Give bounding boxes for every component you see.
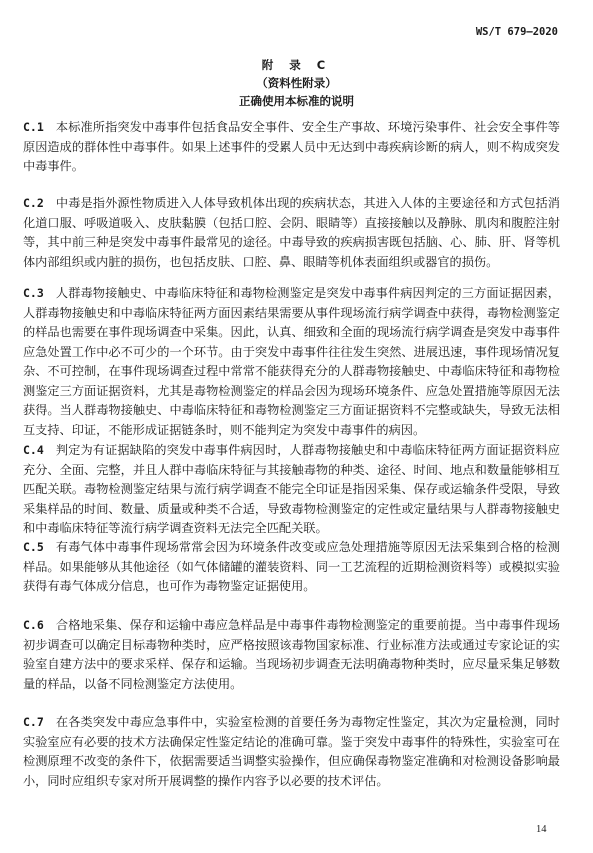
clause-text: 判定为有证据缺陷的突发中毒事件病因时，人群毒物接触史和中毒临床特征两方面证据资料… xyxy=(23,443,560,535)
clause-c4: C.4判定为有证据缺陷的突发中毒事件病因时，人群毒物接触史和中毒临床特征两方面证… xyxy=(23,441,560,539)
clause-number: C.4 xyxy=(23,443,44,457)
standard-code: WS/T 679—2020 xyxy=(476,26,558,38)
clause-text: 在各类突发中毒应急事件中，实验室检测的首要任务为毒物定性鉴定，其次为定量检测，同… xyxy=(23,715,560,788)
clause-number: C.5 xyxy=(23,540,44,554)
clause-c3: C.3人群毒物接触史、中毒临床特征和毒物检测鉴定是突发中毒事件病因判定的三方面证… xyxy=(23,284,560,440)
clause-c6: C.6合格地采集、保存和运输中毒应急样品是中毒事件毒物检测鉴定的重要前提。当中毒… xyxy=(23,616,560,694)
clause-text: 有毒气体中毒事件现场常常会因为环境条件改变或应急处理措施等原因无法采集到合格的检… xyxy=(23,540,560,593)
clause-text: 中毒是指外源性物质进入人体导致机体出现的疾病状态，其进入人体的主要途径和方式包括… xyxy=(23,196,560,269)
appendix-title: 附 录 C xyxy=(0,57,593,73)
clause-c1: C.1本标准所指突发中毒事件包括食品安全事件、安全生产事故、环境污染事件、社会安… xyxy=(23,118,560,177)
clause-number: C.1 xyxy=(23,120,44,134)
clause-number: C.2 xyxy=(23,196,44,210)
clause-number: C.7 xyxy=(23,715,44,729)
page-number: 14 xyxy=(536,824,547,835)
clause-text: 合格地采集、保存和运输中毒应急样品是中毒事件毒物检测鉴定的重要前提。当中毒事件现… xyxy=(23,618,560,691)
clause-number: C.6 xyxy=(23,618,44,632)
clause-c7: C.7在各类突发中毒应急事件中，实验室检测的首要任务为毒物定性鉴定，其次为定量检… xyxy=(23,713,560,791)
clause-number: C.3 xyxy=(23,286,44,300)
clause-text: 人群毒物接触史、中毒临床特征和毒物检测鉴定是突发中毒事件病因判定的三方面证据因素… xyxy=(23,286,560,437)
appendix-subtitle: （资料性附录） xyxy=(0,75,593,91)
clause-c5: C.5有毒气体中毒事件现场常常会因为环境条件改变或应急处理措施等原因无法采集到合… xyxy=(23,538,560,597)
clause-c2: C.2中毒是指外源性物质进入人体导致机体出现的疾病状态，其进入人体的主要途径和方… xyxy=(23,194,560,272)
appendix-heading: 正确使用本标准的说明 xyxy=(0,93,593,109)
clause-text: 本标准所指突发中毒事件包括食品安全事件、安全生产事故、环境污染事件、社会安全事件… xyxy=(23,120,560,173)
